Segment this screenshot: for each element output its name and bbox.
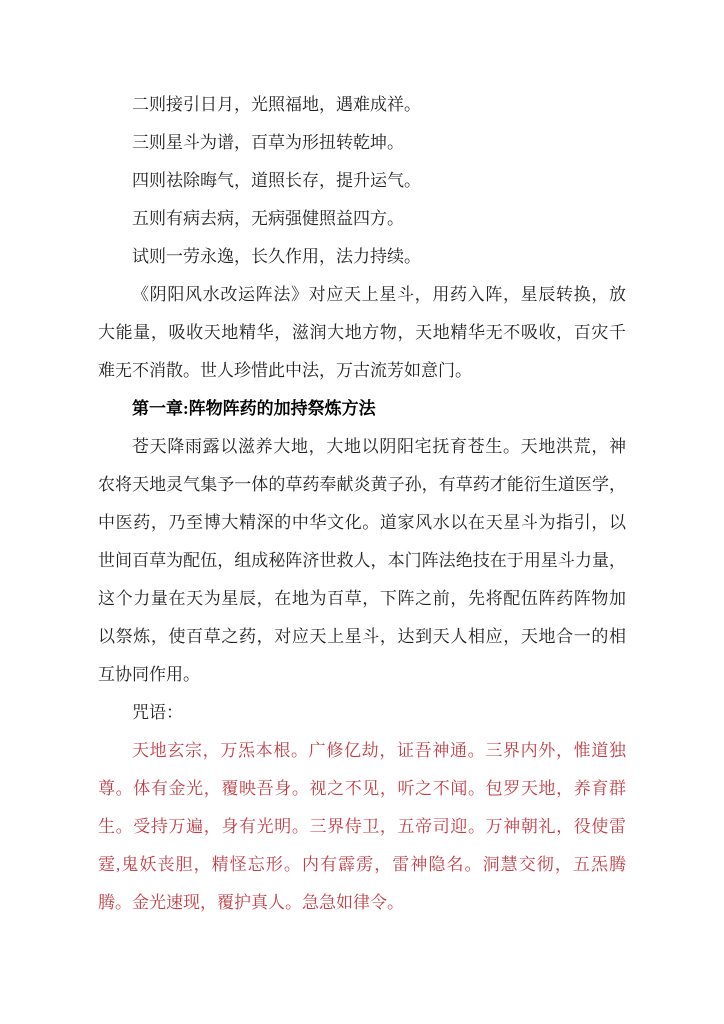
mantra-line: 生。受持万遍，身有光明。三界侍卫，五帝司迎。万神朝礼，役使雷 (98, 808, 626, 846)
body-paragraph: 五则有病去病，无病强健照益四方。 (98, 200, 626, 238)
text-line: 二则接引日月，光照福地，遇难成祥。 (98, 86, 626, 124)
mantra-paragraph: 天地玄宗，万炁本根。广修亿劫，证吾神通。三界内外，惟道独尊。体有金光，覆映吾身。… (98, 732, 626, 922)
text-line: 互协同作用。 (98, 656, 626, 694)
text-line: 以祭炼，使百草之药，对应天上星斗，达到天人相应，天地合一的相 (98, 618, 626, 656)
text-line: 《阴阳风水改运阵法》对应天上星斗，用药入阵，星辰转换，放 (98, 276, 626, 314)
text-line: 中医药，乃至博大精深的中华文化。道家风水以在天星斗为指引，以 (98, 504, 626, 542)
text-line: 咒语： (98, 694, 626, 732)
chapter-heading: 第一章:阵物阵药的加持祭炼方法 (98, 390, 626, 428)
chapter-heading-paragraph: 第一章:阵物阵药的加持祭炼方法 (98, 390, 626, 428)
mantra-line: 霆,鬼妖丧胆，精怪忘形。内有霹雳，雷神隐名。洞慧交彻，五炁腾 (98, 846, 626, 884)
mantra-line: 腾。金光速现，覆护真人。急急如律令。 (98, 884, 626, 922)
body-paragraph: 三则星斗为谱，百草为形扭转乾坤。 (98, 124, 626, 162)
text-line: 五则有病去病，无病强健照益四方。 (98, 200, 626, 238)
document-text-block: 二则接引日月，光照福地，遇难成祥。三则星斗为谱，百草为形扭转乾坤。四则祛除晦气，… (98, 86, 626, 922)
body-paragraph: 四则祛除晦气，道照长存，提升运气。 (98, 162, 626, 200)
text-line: 苍天降雨露以滋养大地，大地以阴阳宅抚育苍生。天地洪荒，神 (98, 428, 626, 466)
text-line: 三则星斗为谱，百草为形扭转乾坤。 (98, 124, 626, 162)
body-paragraph: 咒语： (98, 694, 626, 732)
document-page: 二则接引日月，光照福地，遇难成祥。三则星斗为谱，百草为形扭转乾坤。四则祛除晦气，… (0, 0, 724, 1024)
text-line: 世间百草为配伍，组成秘阵济世救人，本门阵法绝技在于用星斗力量， (98, 542, 626, 580)
text-line: 难无不消散。世人珍惜此中法，万古流芳如意门。 (98, 352, 626, 390)
body-paragraph: 试则一劳永逸，长久作用，法力持续。 (98, 238, 626, 276)
text-line: 农将天地灵气集予一体的草药奉献炎黄子孙，有草药才能衍生道医学， (98, 466, 626, 504)
text-line: 试则一劳永逸，长久作用，法力持续。 (98, 238, 626, 276)
text-line: 四则祛除晦气，道照长存，提升运气。 (98, 162, 626, 200)
mantra-line: 天地玄宗，万炁本根。广修亿劫，证吾神通。三界内外，惟道独 (98, 732, 626, 770)
text-line: 大能量，吸收天地精华，滋润大地方物，天地精华无不吸收，百灾千 (98, 314, 626, 352)
text-line: 这个力量在天为星辰，在地为百草，下阵之前，先将配伍阵药阵物加 (98, 580, 626, 618)
body-paragraph: 二则接引日月，光照福地，遇难成祥。 (98, 86, 626, 124)
body-paragraph: 苍天降雨露以滋养大地，大地以阴阳宅抚育苍生。天地洪荒，神农将天地灵气集予一体的草… (98, 428, 626, 694)
body-paragraph: 《阴阳风水改运阵法》对应天上星斗，用药入阵，星辰转换，放大能量，吸收天地精华，滋… (98, 276, 626, 390)
mantra-line: 尊。体有金光，覆映吾身。视之不见，听之不闻。包罗天地，养育群 (98, 770, 626, 808)
